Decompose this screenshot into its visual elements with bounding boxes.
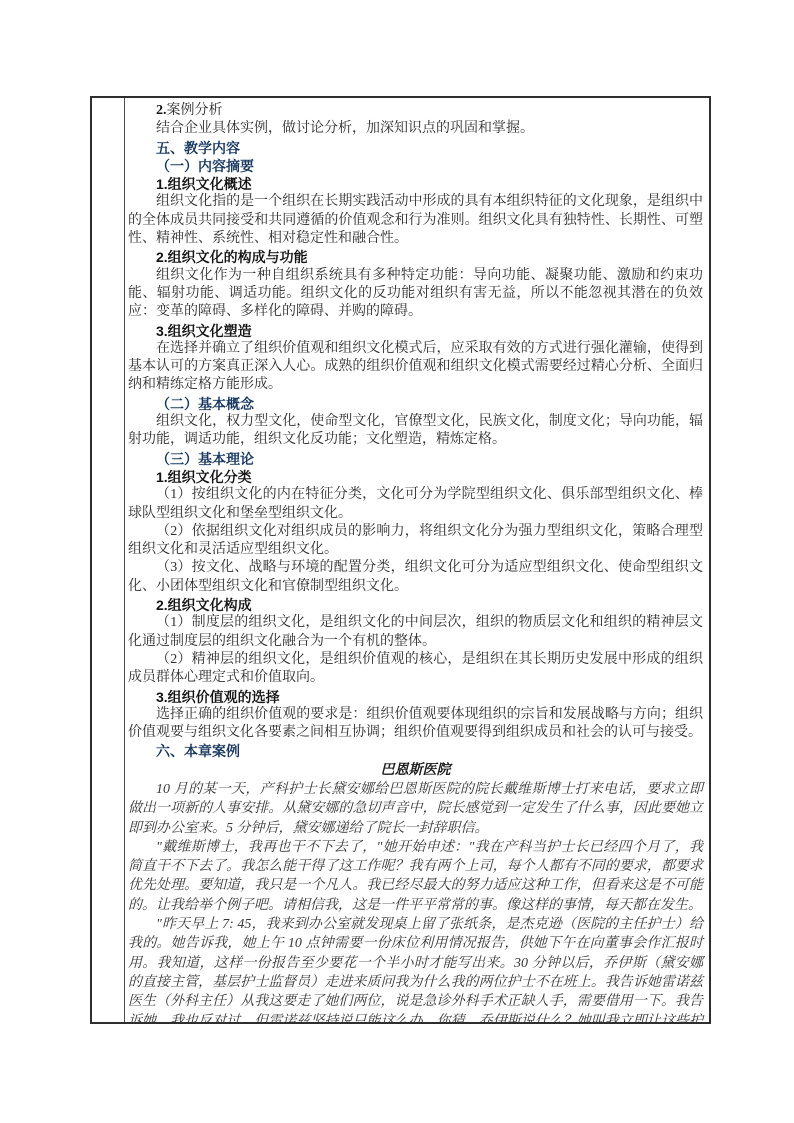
case-paragraph: "昨天早上 7: 45，我来到办公室就发现桌上留了张纸条，是杰克逊（医院的主任护… — [128, 915, 703, 1022]
lesson-plan-table: 2.案例分析 结合企业具体实例，做讨论分析，加深知识点的巩固和掌握。 五、教学内… — [90, 96, 711, 1024]
case-paragraph: 10 月的某一天，产科护士长黛安娜给巴恩斯医院的院长戴维斯博士打来电话，要求立即… — [128, 780, 703, 838]
doc-paragraph: （2）依据组织文化对组织成员的影响力，将组织文化分为强力型组织文化，策略合理型组… — [128, 523, 703, 560]
doc-paragraph: 在选择并确立了组织价值观和组织文化模式后，应采取有效的方式进行强化灌输，使得到基… — [128, 340, 703, 395]
subsection-heading: （三）基本理论 — [128, 450, 703, 468]
table-content-cell: 2.案例分析 结合企业具体实例，做讨论分析，加深知识点的巩固和掌握。 五、教学内… — [125, 98, 709, 1022]
lead-heading: 2.案例分析 — [128, 102, 703, 120]
topic-heading: 3.组织价值观的选择 — [128, 688, 703, 706]
doc-paragraph: （1）按组织文化的内在特征分类，文化可分为学院型组织文化、俱乐部型组织文化、棒球… — [128, 486, 703, 523]
topic-heading: 1.组织文化分类 — [128, 468, 703, 486]
doc-paragraph: （1）制度层的组织文化，是组织文化的中间层次，组织的物质层文化和组织的精神层文化… — [128, 614, 703, 651]
topic-heading: 2.组织文化构成 — [128, 596, 703, 614]
doc-paragraph: （2）精神层的组织文化，是组织价值观的核心，是组织在其长期历史发展中形成的组织成… — [128, 651, 703, 688]
document-page: 2.案例分析 结合企业具体实例，做讨论分析，加深知识点的巩固和掌握。 五、教学内… — [0, 0, 794, 1123]
subsection-heading: （二）基本概念 — [128, 395, 703, 413]
doc-paragraph: 结合企业具体实例，做讨论分析，加深知识点的巩固和掌握。 — [128, 120, 703, 138]
subsection-heading: （一）内容摘要 — [128, 157, 703, 175]
topic-heading: 1.组织文化概述 — [128, 175, 703, 193]
lead-heading-title: 案例分析 — [167, 103, 223, 118]
case-paragraph: "戴维斯博士，我再也干不下去了，"她开始申述："我在产科当护士长已经四个月了，我… — [128, 838, 703, 915]
topic-heading: 3.组织文化塑造 — [128, 322, 703, 340]
table-side-cell — [92, 98, 125, 1022]
lead-heading-number: 2. — [156, 103, 167, 118]
doc-paragraph: （3）按文化、战略与环境的配置分类，组织文化可分为适应型组织文化、使命型组织文化… — [128, 559, 703, 596]
doc-paragraph: 选择正确的组织价值观的要求是：组织价值观要体现组织的宗旨和发展战略与方向；组织价… — [128, 706, 703, 743]
topic-heading: 2.组织文化的构成与功能 — [128, 248, 703, 266]
doc-paragraph: 组织文化作为一种自组织系统具有多种特定功能：导向功能、凝聚功能、激励和约束功能、… — [128, 267, 703, 322]
doc-paragraph: 组织文化指的是一个组织在长期实践活动中形成的具有本组织特征的文化现象，是组织中的… — [128, 193, 703, 248]
section-heading: 五、教学内容 — [128, 139, 703, 157]
doc-paragraph: 组织文化，权力型文化，使命型文化，官僚型文化，民族文化，制度文化；导向功能，辐射… — [128, 413, 703, 450]
case-title: 巴恩斯医院 — [128, 761, 703, 780]
section-heading: 六、本章案例 — [128, 742, 703, 760]
